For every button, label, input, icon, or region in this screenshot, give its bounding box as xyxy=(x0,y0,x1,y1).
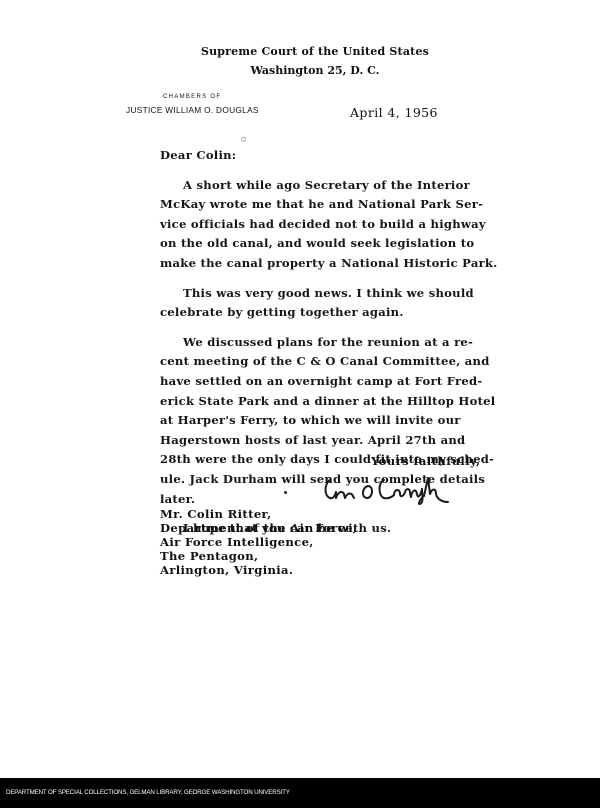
justice-name: JUSTICE WILLIAM O. DOUGLAS xyxy=(126,105,259,115)
paper-mark-icon xyxy=(241,137,246,142)
court-city: Washington 25, D. C. xyxy=(0,64,600,77)
address-line: The Pentagon, xyxy=(160,549,357,563)
paragraph-line: at Harper's Ferry, to which we will invi… xyxy=(160,411,460,431)
address-line: Department of the Air Force, xyxy=(160,521,357,535)
paragraph-line: make the canal property a National Histo… xyxy=(160,254,460,274)
paragraph-line: A short while ago Secretary of the Inter… xyxy=(160,176,460,196)
archive-credit-bar: DEPARTMENT OF SPECIAL COLLECTIONS, GELMA… xyxy=(0,778,600,808)
salutation: Dear Colin: xyxy=(160,146,460,166)
paragraph-line: on the old canal, and would seek legisla… xyxy=(160,234,460,254)
closing: Yours faithfully, xyxy=(371,454,480,468)
paragraph-line: Hagerstown hosts of last year. April 27t… xyxy=(160,431,460,451)
archive-credit: DEPARTMENT OF SPECIAL COLLECTIONS, GELMA… xyxy=(6,789,290,796)
address-line: Mr. Colin Ritter, xyxy=(160,507,357,521)
chambers-label: CHAMBERS OF xyxy=(163,94,221,100)
paragraph-line: We discussed plans for the reunion at a … xyxy=(160,333,460,353)
paragraph-line: celebrate by getting together again. xyxy=(160,303,460,323)
paragraph-line: McKay wrote me that he and National Park… xyxy=(160,195,460,215)
letter-date: April 4, 1956 xyxy=(350,105,438,120)
paragraph-line: erick State Park and a dinner at the Hil… xyxy=(160,392,460,412)
paragraph: A short while ago Secretary of the Inter… xyxy=(160,176,460,274)
paragraph-line: cent meeting of the C & O Canal Committe… xyxy=(160,352,460,372)
recipient-address: Mr. Colin Ritter,Department of the Air F… xyxy=(160,507,357,577)
address-line: Arlington, Virginia. xyxy=(160,563,357,577)
court-name: Supreme Court of the United States xyxy=(0,45,600,58)
paragraph-line: This was very good news. I think we shou… xyxy=(160,284,460,304)
ink-dot-icon xyxy=(284,491,287,494)
signature-icon xyxy=(320,474,460,506)
paragraph-line: have settled on an overnight camp at For… xyxy=(160,372,460,392)
paragraph-line: vice officials had decided not to build … xyxy=(160,215,460,235)
paragraph: This was very good news. I think we shou… xyxy=(160,284,460,323)
address-line: Air Force Intelligence, xyxy=(160,535,357,549)
